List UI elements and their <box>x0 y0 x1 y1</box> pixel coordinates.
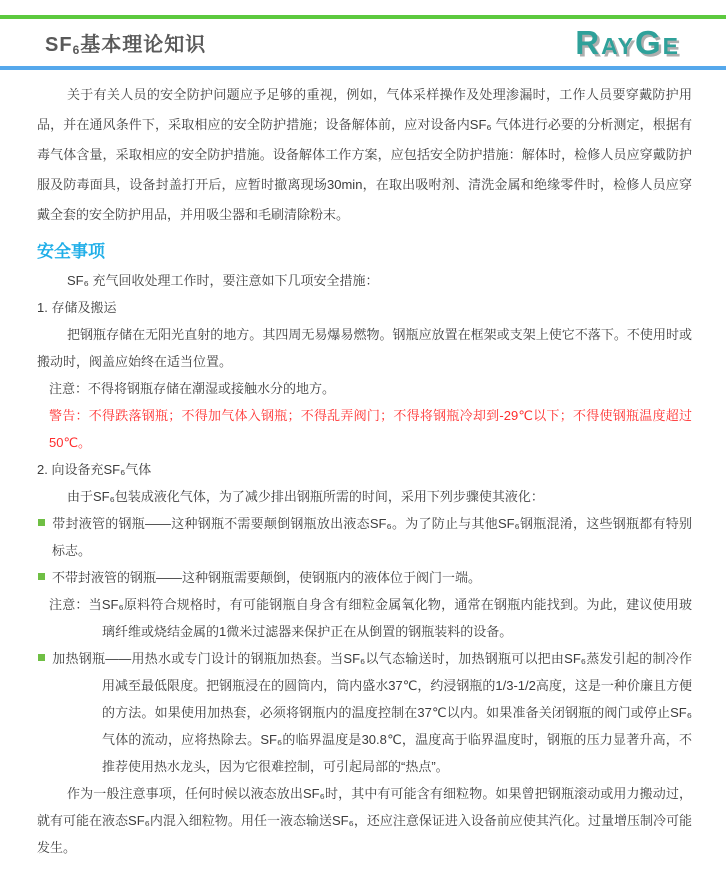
section-heading-safety: 安全事项 <box>37 238 692 265</box>
page-title: SF6基本理论知识 <box>45 28 206 57</box>
logo-letter: R <box>575 24 601 61</box>
page-title-rest: 基本理论知识 <box>80 34 206 56</box>
page-header: SF6基本理论知识 RAYGE <box>0 15 726 70</box>
paragraph: SF₆ 充气回收处理工作时，要注意如下几项安全措施： <box>37 267 692 294</box>
logo-letter: G <box>635 24 663 61</box>
bullet-square-icon <box>38 573 45 580</box>
warning-paragraph: 警告：不得跌落钢瓶；不得加气体入钢瓶；不得乱弄阀门；不得将钢瓶冷却到-29℃以下… <box>37 402 692 456</box>
document-body: 关于有关人员的安全防护问题应予足够的重视，例如，气体采样操作及处理渗漏时，工作人… <box>0 70 726 861</box>
closing-paragraph: 作为一般注意事项，任何时候以液态放出SF₆时，其中有可能含有细粒物。如果曾把钢瓶… <box>37 780 692 861</box>
note-paragraph: 注意：不得将钢瓶存储在潮湿或接触水分的地方。 <box>37 375 692 402</box>
logo-letters: AY <box>601 33 635 59</box>
note-paragraph: 注意：当SF₆原料符合规格时，有可能钢瓶自身含有细粒金属氧化物，通常在钢瓶内能找… <box>37 591 692 645</box>
list-item-text: 不带封液管的钢瓶——这种钢瓶需要颠倒，使钢瓶内的液体位于阀门一端。 <box>52 570 481 585</box>
numbered-heading-1: 1. 存储及搬运 <box>37 294 692 321</box>
list-item-text: 加热钢瓶——用热水或专门设计的钢瓶加热套。当SF₆以气态输送时，加热钢瓶可以把由… <box>52 651 692 774</box>
page-title-prefix: SF <box>45 34 73 56</box>
list-item: 加热钢瓶——用热水或专门设计的钢瓶加热套。当SF₆以气态输送时，加热钢瓶可以把由… <box>37 645 692 780</box>
paragraph: 把钢瓶存储在无阳光直射的地方。其四周无易爆易燃物。钢瓶应放置在框架或支架上使它不… <box>37 321 692 375</box>
numbered-heading-2: 2. 向设备充SF₆气体 <box>37 456 692 483</box>
bullet-square-icon <box>38 519 45 526</box>
intro-paragraph: 关于有关人员的安全防护问题应予足够的重视，例如，气体采样操作及处理渗漏时，工作人… <box>37 80 692 230</box>
list-item: 不带封液管的钢瓶——这种钢瓶需要颠倒，使钢瓶内的液体位于阀门一端。 <box>37 564 692 591</box>
header-row: SF6基本理论知识 RAYGE <box>0 19 726 66</box>
list-item: 带封液管的钢瓶——这种钢瓶不需要颠倒钢瓶放出液态SF₆。为了防止与其他SF₆钢瓶… <box>37 510 692 564</box>
logo-letter: E <box>663 33 680 59</box>
paragraph: 由于SF₆包装成液化气体，为了减少排出钢瓶所需的时间，采用下列步骤使其液化： <box>37 483 692 510</box>
bullet-square-icon <box>38 654 45 661</box>
list-item-text: 带封液管的钢瓶——这种钢瓶不需要颠倒钢瓶放出液态SF₆。为了防止与其他SF₆钢瓶… <box>52 516 692 558</box>
document-page: SF6基本理论知识 RAYGE 关于有关人员的安全防护问题应予足够的重视，例如，… <box>0 0 726 894</box>
rayge-logo: RAYGE <box>575 26 680 59</box>
